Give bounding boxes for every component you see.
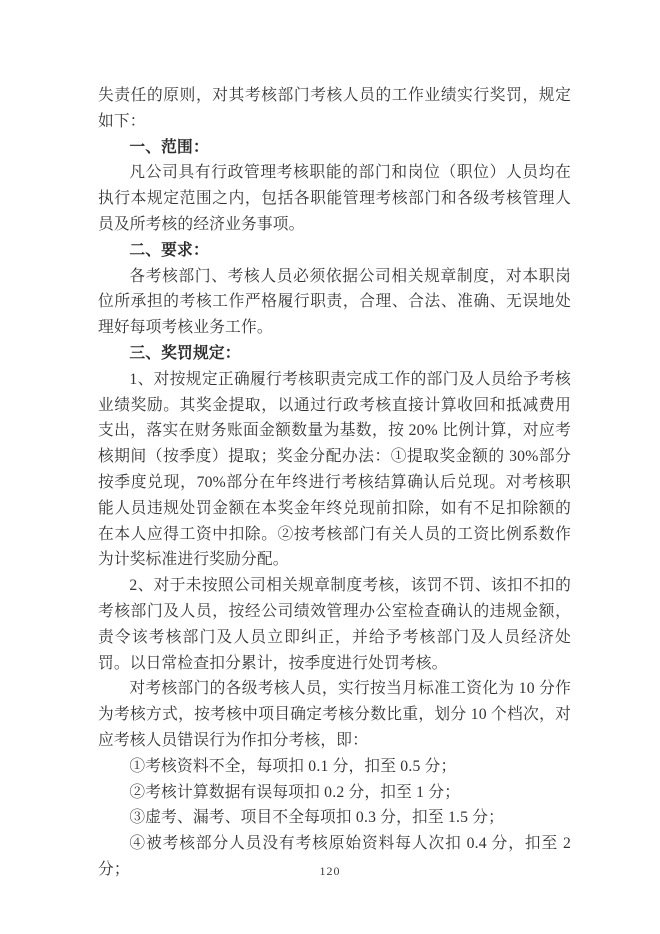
paragraph: ③虚考、漏考、项目不全每项扣 0.3 分，扣至 1.5 分； [98, 805, 571, 831]
section-heading: 二、要求： [98, 238, 571, 264]
document-page: 失责任的原则，对其考核部门考核人员的工作业绩实行奖罚，规定如下：一、范围：凡公司… [0, 0, 660, 934]
paragraph: ②考核计算数据有误每项扣 0.2 分，扣至 1 分； [98, 780, 571, 806]
paragraph: 凡公司具有行政管理考核职能的部门和岗位（职位）人员均在执行本规定范围之内，包括各… [98, 160, 571, 237]
paragraph: 1、对按规定正确履行考核职责完成工作的部门及人员给予考核业绩奖励。其奖金提取，以… [98, 367, 571, 573]
section-heading: 三、奖罚规定： [98, 341, 571, 367]
page-number: 120 [0, 863, 660, 879]
paragraph: ①考核资料不全，每项扣 0.1 分，扣至 0.5 分； [98, 754, 571, 780]
paragraph: 2、对于未按照公司相关规章制度考核，该罚不罚、该扣不扣的考核部门及人员，按经公司… [98, 573, 571, 676]
paragraph: 各考核部门、考核人员必须依据公司相关规章制度，对本职岗位所承担的考核工作严格履行… [98, 264, 571, 341]
document-body: 失责任的原则，对其考核部门考核人员的工作业绩实行奖罚，规定如下：一、范围：凡公司… [98, 83, 571, 883]
section-heading: 一、范围： [98, 135, 571, 161]
paragraph: 对考核部门的各级考核人员，实行按当月标准工资化为 10 分作为考核方式，按考核中… [98, 676, 571, 753]
paragraph: 失责任的原则，对其考核部门考核人员的工作业绩实行奖罚，规定如下： [98, 83, 571, 135]
